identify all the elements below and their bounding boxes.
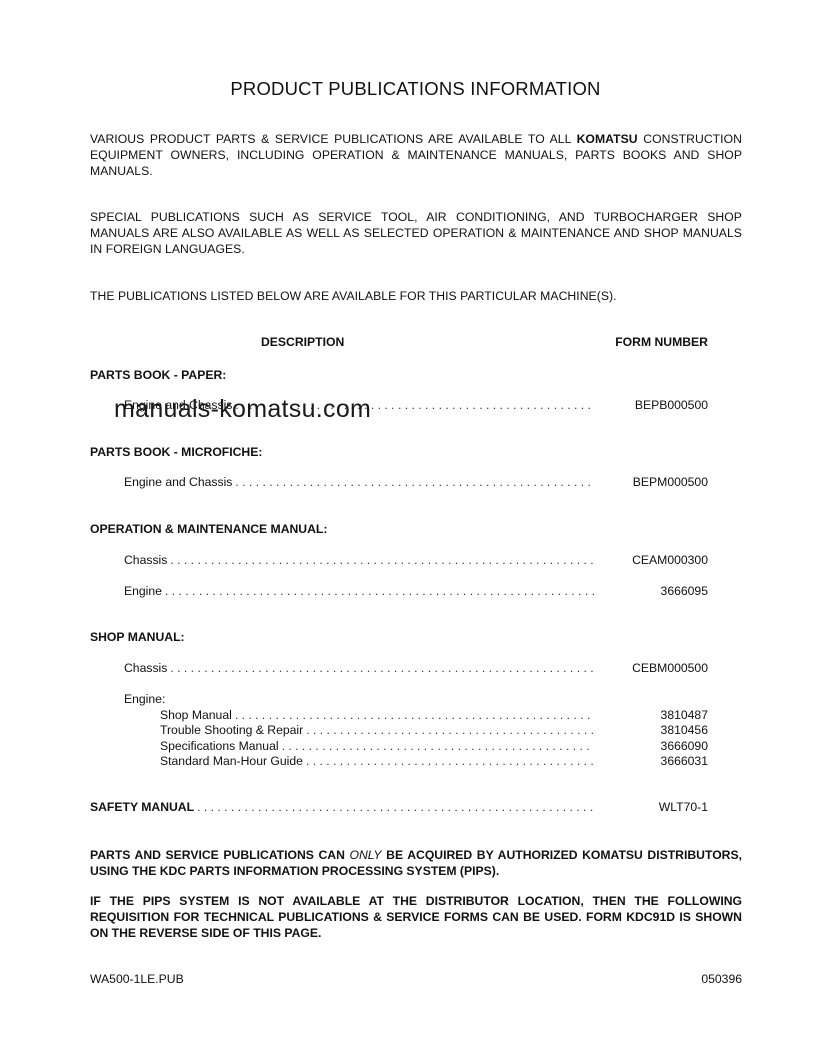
notice-text: PARTS AND SERVICE PUBLICATIONS CAN — [90, 848, 349, 862]
leader-dots — [165, 584, 594, 598]
notice-paragraph-1: PARTS AND SERVICE PUBLICATIONS CAN ONLY … — [90, 847, 742, 879]
row-form-number: CEBM000500 — [598, 661, 708, 675]
leader-dots — [235, 475, 594, 489]
brand-name: KOMATSU — [577, 132, 638, 146]
row-form-number: 3810487 — [598, 708, 708, 722]
row-label: Chassis — [124, 553, 167, 567]
table-row: Engine and Chassis BEPM000500 — [124, 475, 708, 491]
column-header-description: DESCRIPTION — [261, 335, 344, 349]
table-row: Standard Man-Hour Guide 3666031 — [160, 754, 708, 770]
table-row: Chassis CEAM000300 — [124, 553, 708, 569]
intro-paragraph-1: VARIOUS PRODUCT PARTS & SERVICE PUBLICAT… — [90, 131, 742, 180]
table-row: Trouble Shooting & Repair 3810456 — [160, 723, 708, 739]
leader-dots — [170, 553, 594, 567]
leader-dots — [306, 723, 594, 737]
row-form-number: BEPM000500 — [598, 475, 708, 489]
row-label: Shop Manual — [160, 708, 232, 722]
row-label: Standard Man-Hour Guide — [160, 754, 303, 768]
watermark: manuals-komatsu.com — [114, 395, 371, 424]
notice-paragraph-2: IF THE PIPS SYSTEM IS NOT AVAILABLE AT T… — [90, 893, 742, 942]
row-label: Engine and Chassis — [124, 475, 232, 489]
row-form-number: 3810456 — [598, 723, 708, 737]
row-form-number: 3666090 — [598, 739, 708, 753]
section-heading-operation-maintenance: OPERATION & MAINTENANCE MANUAL: — [90, 522, 327, 536]
page-title: PRODUCT PUBLICATIONS INFORMATION — [0, 78, 819, 100]
subheading-engine: Engine: — [124, 692, 165, 706]
row-label: SAFETY MANUAL — [90, 800, 194, 814]
section-heading-parts-book-paper: PARTS BOOK - PAPER: — [90, 368, 226, 382]
row-label: Trouble Shooting & Repair — [160, 723, 303, 737]
table-row: Shop Manual 3810487 — [160, 708, 708, 724]
section-heading-shop-manual: SHOP MANUAL: — [90, 630, 185, 644]
leader-dots — [306, 754, 594, 768]
table-row: Specifications Manual 3666090 — [160, 739, 708, 755]
row-label: Engine — [124, 584, 162, 598]
leader-dots — [170, 661, 594, 675]
leader-dots — [282, 739, 594, 753]
column-header-form-number: FORM NUMBER — [615, 335, 708, 349]
table-row: Engine 3666095 — [124, 584, 708, 600]
row-form-number: 3666031 — [598, 754, 708, 768]
emphasis-text: ONLY — [349, 848, 381, 862]
row-form-number: BEPB000500 — [598, 398, 708, 412]
row-form-number: CEAM000300 — [598, 553, 708, 567]
footer-document-id: WA500-1LE.PUB — [90, 972, 184, 986]
table-row-safety-manual: SAFETY MANUAL WLT70-1 — [90, 800, 708, 816]
section-heading-parts-book-microfiche: PARTS BOOK - MICROFICHE: — [90, 445, 262, 459]
leader-dots — [197, 800, 594, 814]
leader-dots — [235, 708, 594, 722]
table-row: Chassis CEBM000500 — [124, 661, 708, 677]
intro-paragraph-3: THE PUBLICATIONS LISTED BELOW ARE AVAILA… — [90, 288, 742, 304]
row-form-number: WLT70-1 — [598, 800, 708, 814]
intro-text: VARIOUS PRODUCT PARTS & SERVICE PUBLICAT… — [90, 132, 577, 146]
row-label: Chassis — [124, 661, 167, 675]
row-label: Specifications Manual — [160, 739, 279, 753]
intro-paragraph-2: SPECIAL PUBLICATIONS SUCH AS SERVICE TOO… — [90, 209, 742, 258]
row-form-number: 3666095 — [598, 584, 708, 598]
footer-date-code: 050396 — [701, 972, 742, 986]
